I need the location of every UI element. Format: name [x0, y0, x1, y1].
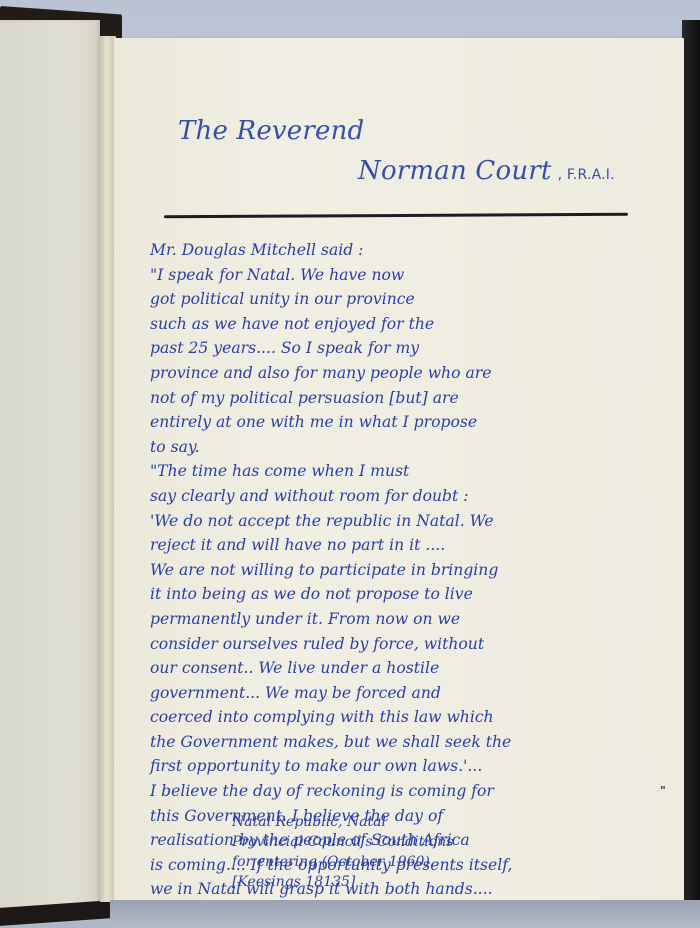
body-line: got political unity in our province — [150, 287, 670, 312]
body-line: "The time has come when I must — [150, 459, 670, 484]
body-line: Mr. Douglas Mitchell said : — [150, 238, 670, 263]
body-line: province and also for many people who ar… — [150, 361, 670, 386]
source-line: [Keesings 18135] — [232, 872, 453, 892]
inscription-recipient-name: Norman Court — [358, 156, 552, 186]
dark-background-edge — [682, 20, 700, 910]
body-line: permanently under it. From now on we — [150, 607, 670, 632]
closing-quote-mark: " — [660, 784, 666, 797]
body-line: not of my political persuasion [but] are — [150, 386, 670, 411]
body-line: first opportunity to make our own laws.'… — [150, 754, 670, 779]
body-line: We are not willing to participate in bri… — [150, 558, 670, 583]
body-line: consider ourselves ruled by force, witho… — [150, 632, 670, 657]
quotation-body: Mr. Douglas Mitchell said : "I speak for… — [150, 238, 670, 902]
body-line: "I speak for Natal. We have now — [150, 263, 670, 288]
body-line: past 25 years.... So I speak for my — [150, 336, 670, 361]
front-endpaper — [0, 20, 100, 910]
body-line: entirely at one with me in what I propos… — [150, 410, 670, 435]
source-line: Provincial Council's Conditions — [232, 832, 453, 852]
inscribed-page: The Reverend Norman Court, F.R.A.I. Mr. … — [114, 38, 684, 904]
body-line: government... We may be forced and — [150, 681, 670, 706]
table-surface — [110, 900, 700, 928]
body-line: I believe the day of reckoning is coming… — [150, 779, 670, 804]
inscription-recipient-suffix: , F.R.A.I. — [558, 167, 615, 183]
inscription-title-line-2: Norman Court, F.R.A.I. — [358, 156, 615, 186]
body-line: such as we have not enjoyed for the — [150, 312, 670, 337]
body-line: the Government makes, but we shall seek … — [150, 730, 670, 755]
body-line: say clearly and without room for doubt : — [150, 484, 670, 509]
body-line: coerced into complying with this law whi… — [150, 705, 670, 730]
body-line: 'We do not accept the republic in Natal.… — [150, 509, 670, 534]
source-line: for entering (October 1960). — [232, 852, 453, 872]
divider-rule — [164, 213, 628, 218]
source-line: Natal Republic, Natal — [232, 812, 453, 832]
body-line: it into being as we do not propose to li… — [150, 582, 670, 607]
source-citation: Natal Republic, Natal Provincial Council… — [232, 812, 453, 892]
inscription-title-line-1: The Reverend — [178, 116, 364, 146]
body-line: to say. — [150, 435, 670, 460]
body-line: reject it and will have no part in it ..… — [150, 533, 670, 558]
body-line: our consent.. We live under a hostile — [150, 656, 670, 681]
